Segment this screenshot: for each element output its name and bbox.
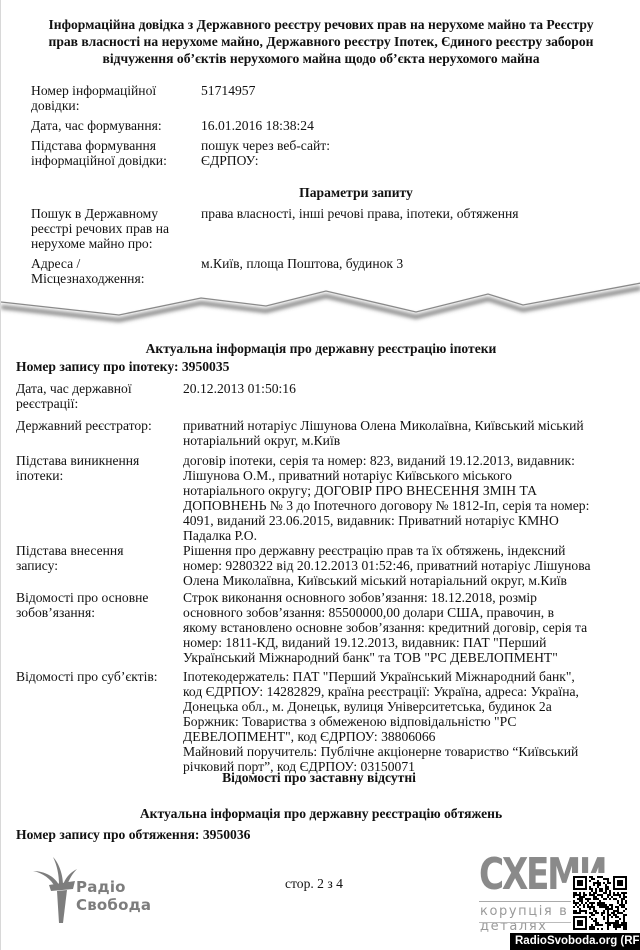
query-params-heading: Параметри запиту [36, 185, 640, 201]
info-label: Номер інформаційної довідки: [31, 83, 171, 113]
mortgage-heading: Актуальна інформація про державну реєстр… [1, 341, 640, 357]
mortgage-label: Підстава виникнення іпотеки: [16, 453, 156, 483]
value-line: основного зобов’язання: 85500000,00 дола… [183, 605, 623, 620]
mortgage-label: Відомості про основне зобов’язання: [16, 590, 166, 620]
radio-svoboda-logo-text: Радіо Свобода [76, 878, 151, 914]
value-line: нотаріального округу; ДОГОВІР ПРО ВНЕСЕН… [183, 483, 623, 498]
value-line: Олена Миколаївна, Київський міський нота… [183, 573, 623, 588]
info-value: 51714957 [201, 83, 255, 98]
info-value: пошук через веб-сайт: ЄДРПОУ: [201, 138, 381, 168]
value-line: ДЕВЕЛОПМЕНТ", код ЄДРПОУ: 38806066 [183, 729, 623, 744]
document-page: Інформаційна довідка з Державного реєстр… [0, 0, 640, 950]
value-line: Рішення про державну реєстрацію прав та … [183, 543, 623, 558]
value-line: номер: 1811-КД, виданий 19.12.2013, вида… [183, 635, 623, 650]
value-line: Майновий поручитель: Публічне акціонерне… [183, 744, 623, 759]
query-value: права власності, інші речові права, іпот… [201, 206, 601, 221]
value-line: Лішунова О.М., приватний нотаріус Київсь… [183, 468, 623, 483]
qr-code-icon [571, 873, 629, 933]
value-line: нотаріальний округ, м.Київ [183, 433, 623, 448]
mortgage-label: Державний реєстратор: [16, 418, 176, 433]
value-line: Падалка Р.О. [183, 528, 623, 543]
value-line: приватний нотаріус Лішунова Олена Микола… [183, 418, 623, 433]
document-title: Інформаційна довідка з Державного реєстр… [41, 16, 601, 67]
page-number: стор. 2 з 4 [285, 876, 343, 892]
mortgage-value: Строк виконання основного зобов’язання: … [183, 590, 623, 665]
value-line: якому встановлено основне зобов’язання: … [183, 620, 623, 635]
value-line: Строк виконання основного зобов’язання: … [183, 590, 623, 605]
value-line: Донецька обл., м. Донецьк, вулиця Універ… [183, 699, 623, 714]
torn-edge-divider [1, 270, 640, 340]
mortgage-label: Підстава внесення запису: [16, 543, 146, 573]
logo-line: Радіо [76, 878, 151, 896]
value-line: код ЄДРПОУ: 14282829, країна реєстрації:… [183, 684, 623, 699]
value-line: 4091, виданий 23.06.2015, видавник: Прив… [183, 513, 623, 528]
encumbrance-record-number: Номер запису про обтяження: 3950036 [16, 827, 250, 843]
value-line: Іпотекодержатель: ПАТ "Перший Українськи… [183, 669, 623, 684]
query-label: Пошук в Державному реєстрі речових прав … [31, 206, 181, 251]
watermark-label: RadioSvoboda.org (RFE/RL) [510, 933, 640, 950]
mortgage-label: Відомості про суб’єктів: [16, 669, 176, 684]
mortgage-value: договір іпотеки, серія та номер: 823, ви… [183, 453, 623, 543]
logo-line: Свобода [76, 896, 151, 914]
value-line: Український Міжнародний банк" та ТОВ "РС… [183, 650, 623, 665]
pledge-note: Відомості про заставну відсутні [0, 770, 639, 786]
value-line: договір іпотеки, серія та номер: 823, ви… [183, 453, 623, 468]
mortgage-value: 20.12.2013 01:50:16 [183, 381, 296, 396]
info-label: Підстава формування інформаційної довідк… [31, 138, 169, 168]
value-line: Боржник: Товариства з обмеженою відповід… [183, 714, 623, 729]
query-value: м.Київ, площа Поштова, будинок 3 [201, 256, 601, 271]
value-line: ДОПОВНЕНЬ № 3 до Іпотечного договору № 1… [183, 498, 623, 513]
mortgage-label: Дата, час державної реєстрації: [16, 381, 156, 411]
mortgage-value: Рішення про державну реєстрацію прав та … [183, 543, 623, 588]
info-value: 16.01.2016 18:38:24 [201, 118, 314, 133]
encumbrance-heading: Актуальна інформація про державну реєстр… [1, 806, 640, 822]
mortgage-value: приватний нотаріус Лішунова Олена Микола… [183, 418, 623, 448]
mortgage-value: Іпотекодержатель: ПАТ "Перший Українськи… [183, 669, 623, 774]
value-line: номер: 9280322 від 20.12.2013 01:52:46, … [183, 558, 623, 573]
info-label: Дата, час формування: [31, 118, 181, 133]
mortgage-record-number: Номер запису про іпотеку: 3950035 [16, 359, 229, 375]
